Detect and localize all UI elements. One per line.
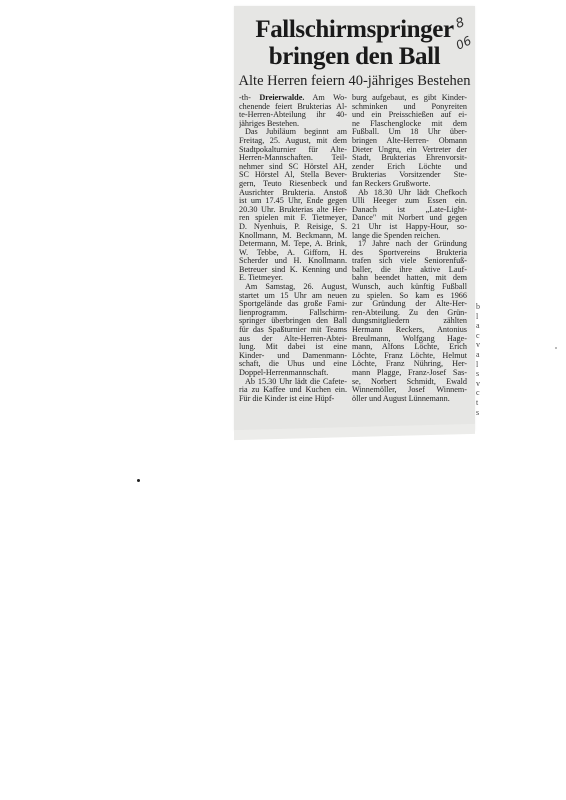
text-line: dungsmitgliedern zählten (352, 317, 467, 326)
text-line: aus der Alte-Herren-Abtei- (239, 335, 347, 344)
text-line: W. Tebbe, A. Gifforn, H. (239, 249, 347, 258)
text-line: bahn beendet hatten, mit dem (352, 274, 467, 283)
text-line: ren-Abteilung. Zu den Grün- (352, 309, 467, 318)
edge-letter: a (476, 350, 484, 360)
text-line: 21 Uhr ist Happy-Hour, so- (352, 223, 467, 232)
text-line: baller, die ihre aktive Lauf- (352, 266, 467, 275)
text-line: Doppel-Herrenmannschaft. (239, 369, 347, 378)
text-line: ist um 17.45 Uhr, Ende gegen (239, 197, 347, 206)
text-line: ria zu Kaffee und Kuchen ein. (239, 386, 347, 395)
text-line: für das Spaßturnier mit Teams (239, 326, 347, 335)
text-line: Ab 15.30 Uhr lädt die Cafete- (239, 378, 347, 387)
newspaper-clipping: Fallschirmspringer bringen den Ball 8 06… (234, 6, 475, 431)
text-line: SC Hörstel Al, Stella Bever- (239, 171, 347, 180)
scan-speck (137, 479, 140, 482)
text-line: D. Nyenhuis, P. Reisige, S. (239, 223, 347, 232)
text-line: Ulli Heeger zum Essen ein. (352, 197, 467, 206)
headline-line-1: Fallschirmspringer (234, 17, 475, 42)
text-line: und ein Preisschießen auf ei- (352, 111, 467, 120)
text-line: Brukterias Vorsitzender Ste- (352, 171, 467, 180)
text-line: se, Norbert Schmidt, Ewald (352, 378, 467, 387)
text-line: Das Jubiläum beginnt am (239, 128, 347, 137)
text-line: gern, Teuto Riesenbeck und (239, 180, 347, 189)
text-line: Hermann Reckers, Antonius (352, 326, 467, 335)
text-line: springer überbringen den Ball (239, 317, 347, 326)
edge-letter: s (476, 369, 484, 379)
edge-letter: l (476, 360, 484, 370)
text-line: Am Samstag, 26. August, (239, 283, 347, 292)
article-column-2: burg aufgebaut, es gibt Kinder-schminken… (352, 94, 467, 403)
text-line: Stadt, Brukterias Ehrenvorsit- (352, 154, 467, 163)
scan-speck (555, 347, 557, 349)
text-line: Dieter Ungru, ein Vertreter der (352, 146, 467, 155)
text-line: Scherder und H. Knollmann. (239, 257, 347, 266)
edge-letter: b (476, 302, 484, 312)
text-line: lung. Mit dabei ist eine (239, 343, 347, 352)
text-line: mann Plagge, Franz-Josef Sas- (352, 369, 467, 378)
edge-letter: l (476, 312, 484, 322)
location-dateline: Dreierwalde. (259, 94, 304, 102)
edge-letter: c (476, 331, 484, 341)
edge-letter: s (476, 408, 484, 418)
text-line: 20.30 Uhr. Brukterias alte Her- (239, 206, 347, 215)
text-line: Danach ist „Late-Light- (352, 206, 467, 215)
text-line: Herren-Mannschaften. Teil- (239, 154, 347, 163)
text-line: Ab 18.30 Uhr lädt Chefkoch (352, 189, 467, 198)
text-line: te-Herren-Abteilung ihr 40- (239, 111, 347, 120)
text-line: lange die Spenden reichen. (352, 232, 467, 241)
headline-line-2: bringen den Ball (234, 44, 475, 69)
cut-off-adjacent-article: blacvalsvcts (476, 302, 484, 417)
text-line: Winnemöller, Josef Winnem- (352, 386, 467, 395)
text-line: Knollmann, M. Beckmann, M. (239, 232, 347, 241)
text-line: lienprogramm. Fallschirm- (239, 309, 347, 318)
text-line: schminken und Ponyreiten (352, 103, 467, 112)
text-line: Ausrichter Brukteria. Anstoß (239, 189, 347, 198)
text-line: nehmer sind SC Hörstel AH, (239, 163, 347, 172)
text-line: Freitag, 25. August, mit dem (239, 137, 347, 146)
text-line: Betreuer sind K. Kenning und (239, 266, 347, 275)
text-line: mann, Alfons Löchte, Erich (352, 343, 467, 352)
text-line: E. Tietmeyer. (239, 274, 347, 283)
edge-letter: t (476, 398, 484, 408)
text-line: Fußball. Um 18 Uhr über- (352, 128, 467, 137)
text-line: Determann, M. Tepe, A. Brink, (239, 240, 347, 249)
text-line: Für die Kinder ist eine Hüpf- (239, 395, 347, 404)
text-line: schaft, die Uhus und eine (239, 360, 347, 369)
text-line: Wunsch, auch künftig Fußball (352, 283, 467, 292)
text-line: zu spielen. So kam es 1966 (352, 292, 467, 301)
edge-letter: v (476, 340, 484, 350)
text-line: Kinder- und Damenmann- (239, 352, 347, 361)
text-line: ne Flaschenglocke mit dem (352, 120, 467, 129)
text-line: zur Gründung der Alte-Her- (352, 300, 467, 309)
author-tag: -th- (239, 94, 259, 102)
text-line: des Sportvereins Brukteria (352, 249, 467, 258)
text-line: zender Erich Löchte und (352, 163, 467, 172)
text-line: Löchte, Franz Nühring, Her- (352, 360, 467, 369)
article-column-1: -th- Dreierwalde. Am Wo- chenende feiert… (239, 94, 347, 403)
text-line: Breulmann, Wolfgang Hage- (352, 335, 467, 344)
text-line: Stadtpokalturnier für Alte- (239, 146, 347, 155)
text-line: bringen Alte-Herren- Obmann (352, 137, 467, 146)
text-line: startet um 15 Uhr am neuen (239, 292, 347, 301)
subheadline: Alte Herren feiern 40-jähriges Bestehen (234, 73, 475, 90)
edge-letter: a (476, 321, 484, 331)
edge-letter: v (476, 379, 484, 389)
text-line: burg aufgebaut, es gibt Kinder- (352, 94, 467, 103)
text-line: Sportgelände das große Fami- (239, 300, 347, 309)
dateline: -th- Dreierwalde. Am Wo- (239, 94, 347, 103)
text-line: jähriges Bestehen. (239, 120, 347, 129)
text-line: ren spielen mit F. Tietmeyer, (239, 214, 347, 223)
text-line: Dance" mit Norbert und gegen (352, 214, 467, 223)
text-line: chenende feiert Brukterias Al- (239, 103, 347, 112)
text-line: Löchte, Franz Löchte, Helmut (352, 352, 467, 361)
text-line: 17 Jahre nach der Gründung (352, 240, 467, 249)
edge-letter: c (476, 388, 484, 398)
text-line: Am Wo- (304, 94, 347, 102)
text-line: öller und August Lünnemann. (352, 395, 467, 404)
text-line: trafen sich viele Seniorenfuß- (352, 257, 467, 266)
text-line: fan Reckers Grußworte. (352, 180, 467, 189)
